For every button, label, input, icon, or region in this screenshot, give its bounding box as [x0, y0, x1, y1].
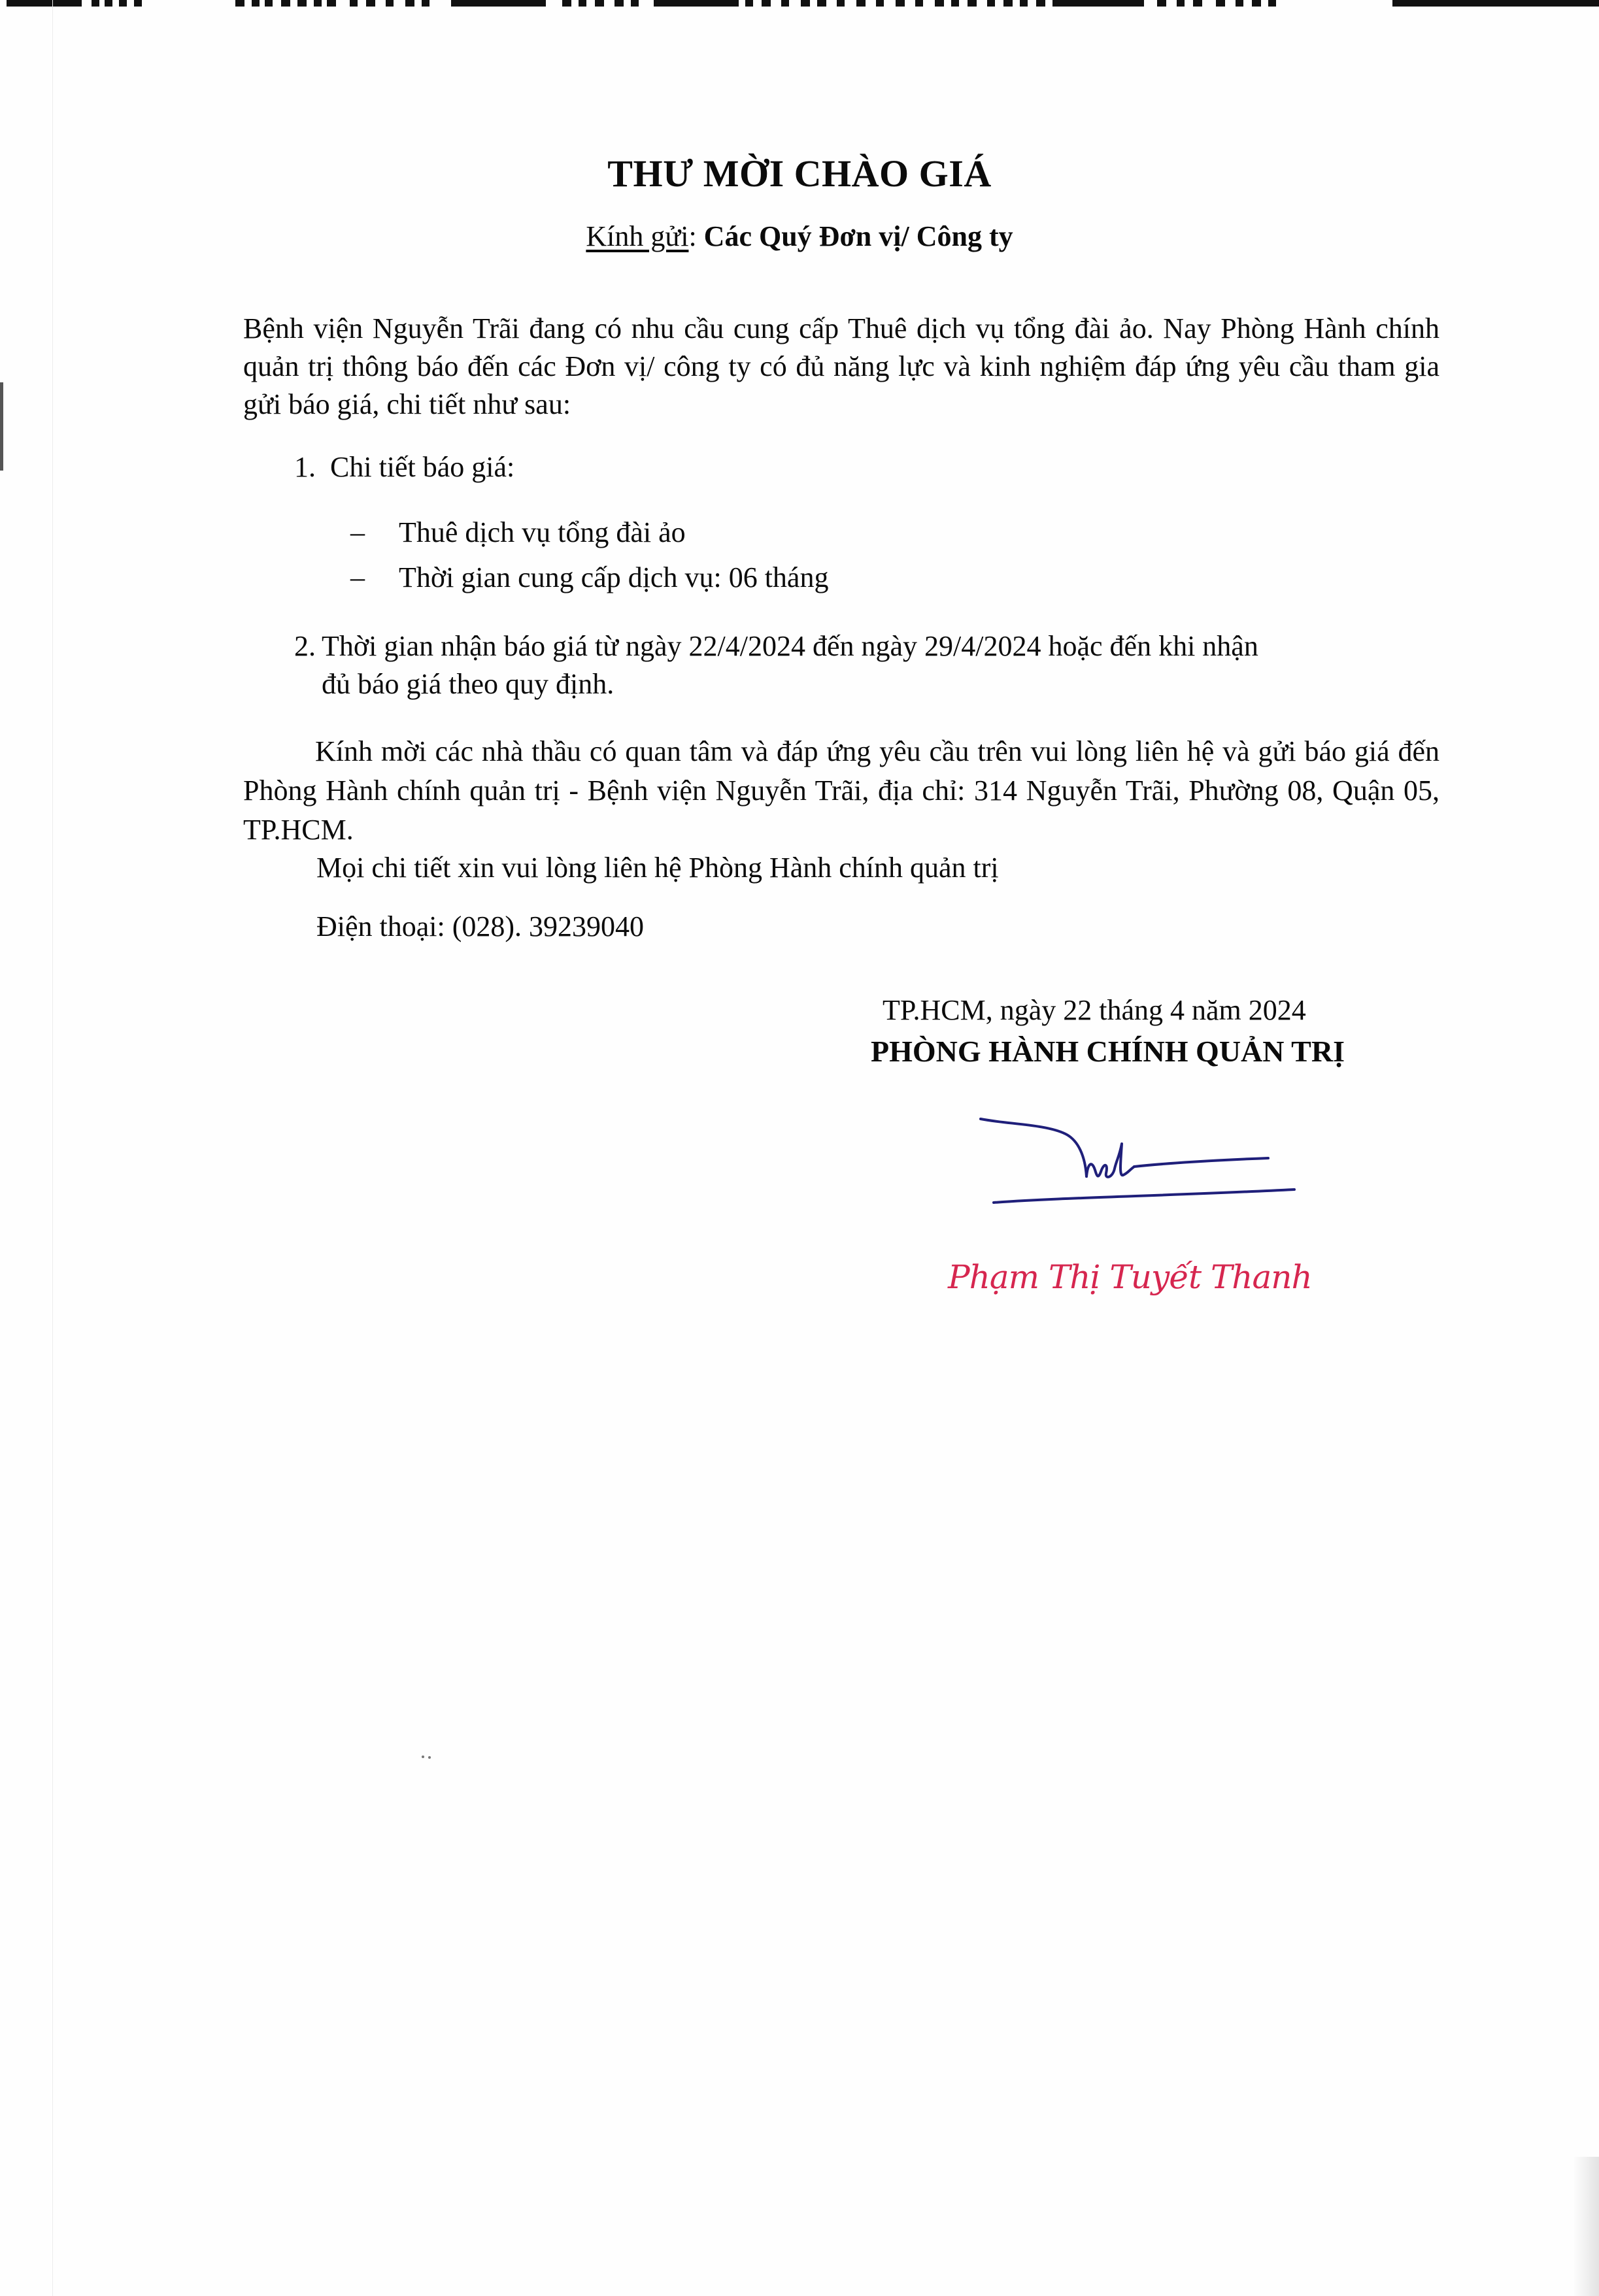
- bullet-item: – Thời gian cung cấp dịch vụ: 06 tháng: [350, 555, 828, 600]
- recipient-value: Các Quý Đơn vị/ Công ty: [704, 220, 1013, 252]
- dash-icon: –: [350, 555, 399, 600]
- place-date: TP.HCM, ngày 22 tháng 4 năm 2024: [883, 993, 1306, 1027]
- scan-edge-artifact: [0, 382, 3, 471]
- scan-edge-artifact: [52, 0, 53, 2296]
- bullet-text: Thời gian cung cấp dịch vụ: 06 tháng: [399, 555, 828, 600]
- signing-department: PHÒNG HÀNH CHÍNH QUẢN TRỊ: [871, 1034, 1345, 1069]
- scan-speck: [428, 1756, 431, 1759]
- signer-name-stamp: Phạm Thị Tuyết Thanh: [948, 1258, 1312, 1296]
- dash-icon: –: [350, 510, 399, 555]
- recipient-label: Kính gửi: [586, 220, 688, 252]
- bullet-item: – Thuê dịch vụ tổng đài ảo: [350, 510, 828, 555]
- handwritten-signature-icon: [968, 1105, 1334, 1235]
- list-item-text: Thời gian nhận báo giá từ ngày 22/4/2024…: [322, 630, 1258, 662]
- intro-paragraph: Bệnh viện Nguyễn Trãi đang có nhu cầu cu…: [243, 310, 1439, 424]
- document-title: THƯ MỜI CHÀO GIÁ: [0, 152, 1599, 195]
- recipient-separator: :: [688, 220, 703, 252]
- list-item-number: 1.: [294, 451, 316, 483]
- phone-line: Điện thoại: (028). 39239040: [316, 910, 644, 943]
- contact-line: Mọi chi tiết xin vui lòng liên hệ Phòng …: [316, 851, 999, 884]
- list-item-text: Chi tiết báo giá:: [330, 451, 514, 483]
- invitation-paragraph: Kính mời các nhà thầu có quan tâm và đáp…: [243, 732, 1439, 850]
- list-item-continuation: đủ báo giá theo quy định.: [294, 665, 1422, 703]
- scan-edge-artifact: [0, 0, 1599, 9]
- list-item-2: 2.Thời gian nhận báo giá từ ngày 22/4/20…: [294, 627, 1422, 703]
- scan-edge-artifact: [1573, 2157, 1599, 2296]
- recipient-line: Kính gửi: Các Quý Đơn vị/ Công ty: [0, 220, 1599, 253]
- list-item-number: 2.: [294, 627, 322, 665]
- bullet-list: – Thuê dịch vụ tổng đài ảo – Thời gian c…: [350, 510, 828, 600]
- list-item-1: 1. Chi tiết báo giá:: [294, 448, 1490, 486]
- scan-speck: [422, 1755, 424, 1758]
- bullet-text: Thuê dịch vụ tổng đài ảo: [399, 510, 686, 555]
